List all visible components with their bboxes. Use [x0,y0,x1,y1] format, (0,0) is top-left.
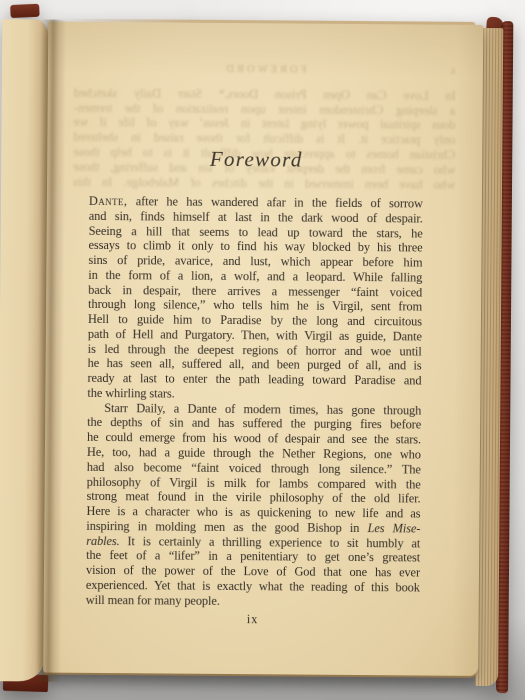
page-title: Foreword [89,146,423,174]
recto-page: x FOREWORD In Love Can Open Prison Doors… [43,22,483,676]
ghost-lines: In Love Can Open Prison Doors,* Starr Da… [73,86,456,193]
ghost-text-line: only practice it. It is difficult for th… [73,130,455,148]
ghost-page-number: x [412,64,456,79]
ghost-text-line: In Love Can Open Prison Doors,* Starr Da… [74,86,456,104]
paragraph: Starr Daily, a Dante of modern times, ha… [86,401,422,610]
text-line: will mean for many people. [86,593,420,610]
body-text: Dante, after he has wandered afar in the… [86,194,423,610]
paragraph: Dante, after he has wandered afar in the… [87,194,423,403]
ghost-text-line: who have been immersed in the ditches of… [73,174,455,192]
gutter-shadow [35,19,66,681]
photo-background: x FOREWORD In Love Can Open Prison Doors… [0,0,525,700]
book-cover-top-left-corner [10,4,40,18]
ghost-text-line: dous spiritual power lying latent in Jes… [73,115,455,133]
open-book: x FOREWORD In Love Can Open Prison Doors… [0,3,515,697]
ghost-text-line: a sleeping Christendom intent upon reali… [74,100,456,118]
ghost-running-head: x FOREWORD [74,62,456,80]
page-number: ix [86,611,420,629]
ghost-header-title: FOREWORD [118,62,412,79]
